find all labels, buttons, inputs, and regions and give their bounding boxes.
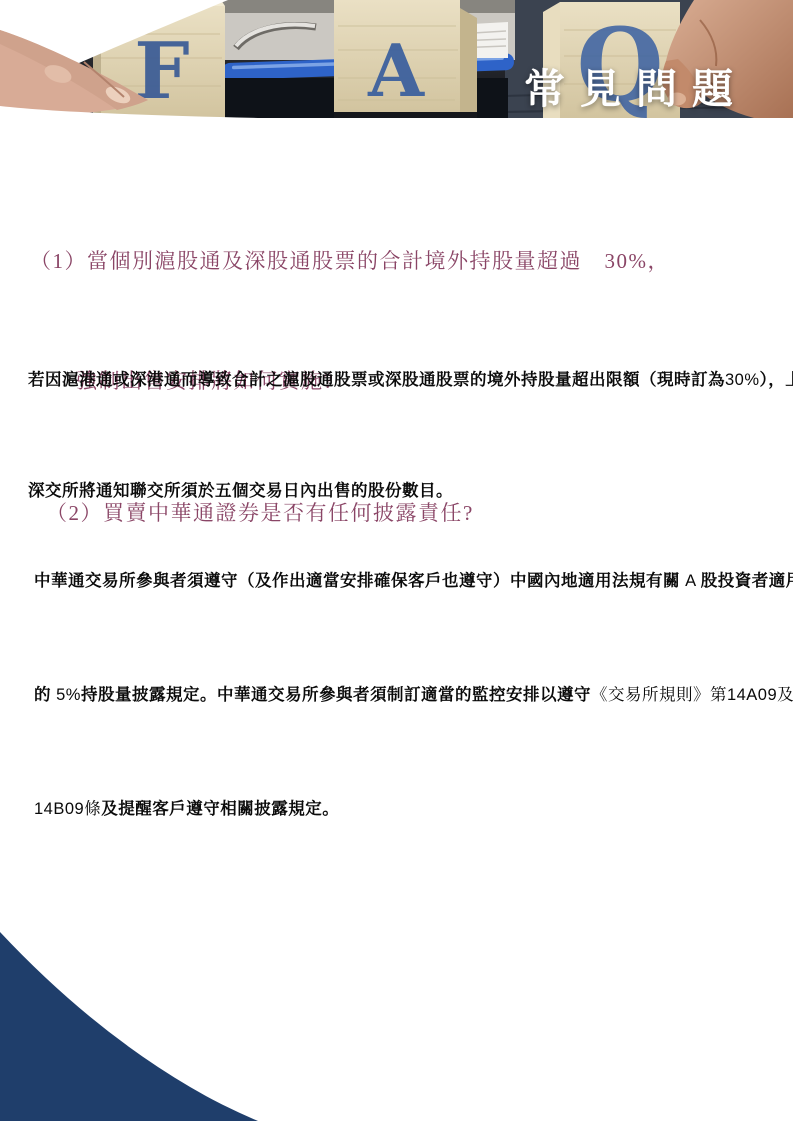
bottom-corner-curve (0, 930, 265, 1121)
text-segment: 30% (725, 371, 760, 389)
block-letter-f: F (134, 26, 189, 117)
text-segment: 中華通交易所參與者須遵守（及作出適當安排確保客戶也遵守）中國內地適用法規有關 (34, 572, 680, 590)
question-1-line-1: （1）當個別滬股通及深股通股票的合計境外持股量超過 30%， (30, 246, 670, 276)
block-letter-a: A (367, 28, 425, 113)
answer-2-line-1: 中華通交易所參與者須遵守（及作出適當安排確保客戶也遵守）中國內地適用法規有關 A… (34, 562, 793, 600)
text-segment: 及提醒客戶遵守相關披露規定。 (101, 800, 339, 818)
answer-1-line-1: 若因滬港通或深港通而導致合計之滬股通股票或深股通股票的境外持股量超出限額（現時訂… (28, 362, 793, 399)
text-segment: ），上交所/ (760, 371, 793, 389)
text-segment: A (680, 572, 701, 590)
faq-page: F A Q (0, 0, 793, 1121)
answer-2: 中華通交易所參與者須遵守（及作出適當安排確保客戶也遵守）中國內地適用法規有關 A… (34, 486, 793, 904)
text-segment: 14B09條 (34, 800, 101, 818)
text-segment: 股投資者適用 (701, 572, 793, 590)
block-shadow (334, 112, 477, 118)
text-segment: 《交易所規則》第14A09及 (591, 686, 793, 704)
header-banner: F A Q (0, 0, 793, 118)
page-title: 常見問題 (524, 56, 784, 115)
text-segment: 持股量披露規定。中華通交易所參與者須制訂適當的監控安排以遵守 (81, 686, 591, 704)
wooden-block-a: A (334, 0, 477, 118)
answer-2-line-2: 的 5%持股量披露規定。中華通交易所參與者須制訂適當的監控安排以遵守《交易所規則… (34, 676, 793, 714)
text-segment: 5% (56, 686, 81, 704)
text-segment: 若因滬港通或深港通而導致合計之滬股通股票或深股通股票的境外持股量超出限額（現時訂… (28, 371, 725, 389)
answer-2-line-3: 14B09條及提醒客戶遵守相關披露規定。 (34, 790, 793, 828)
text-segment: 的 (34, 686, 56, 704)
